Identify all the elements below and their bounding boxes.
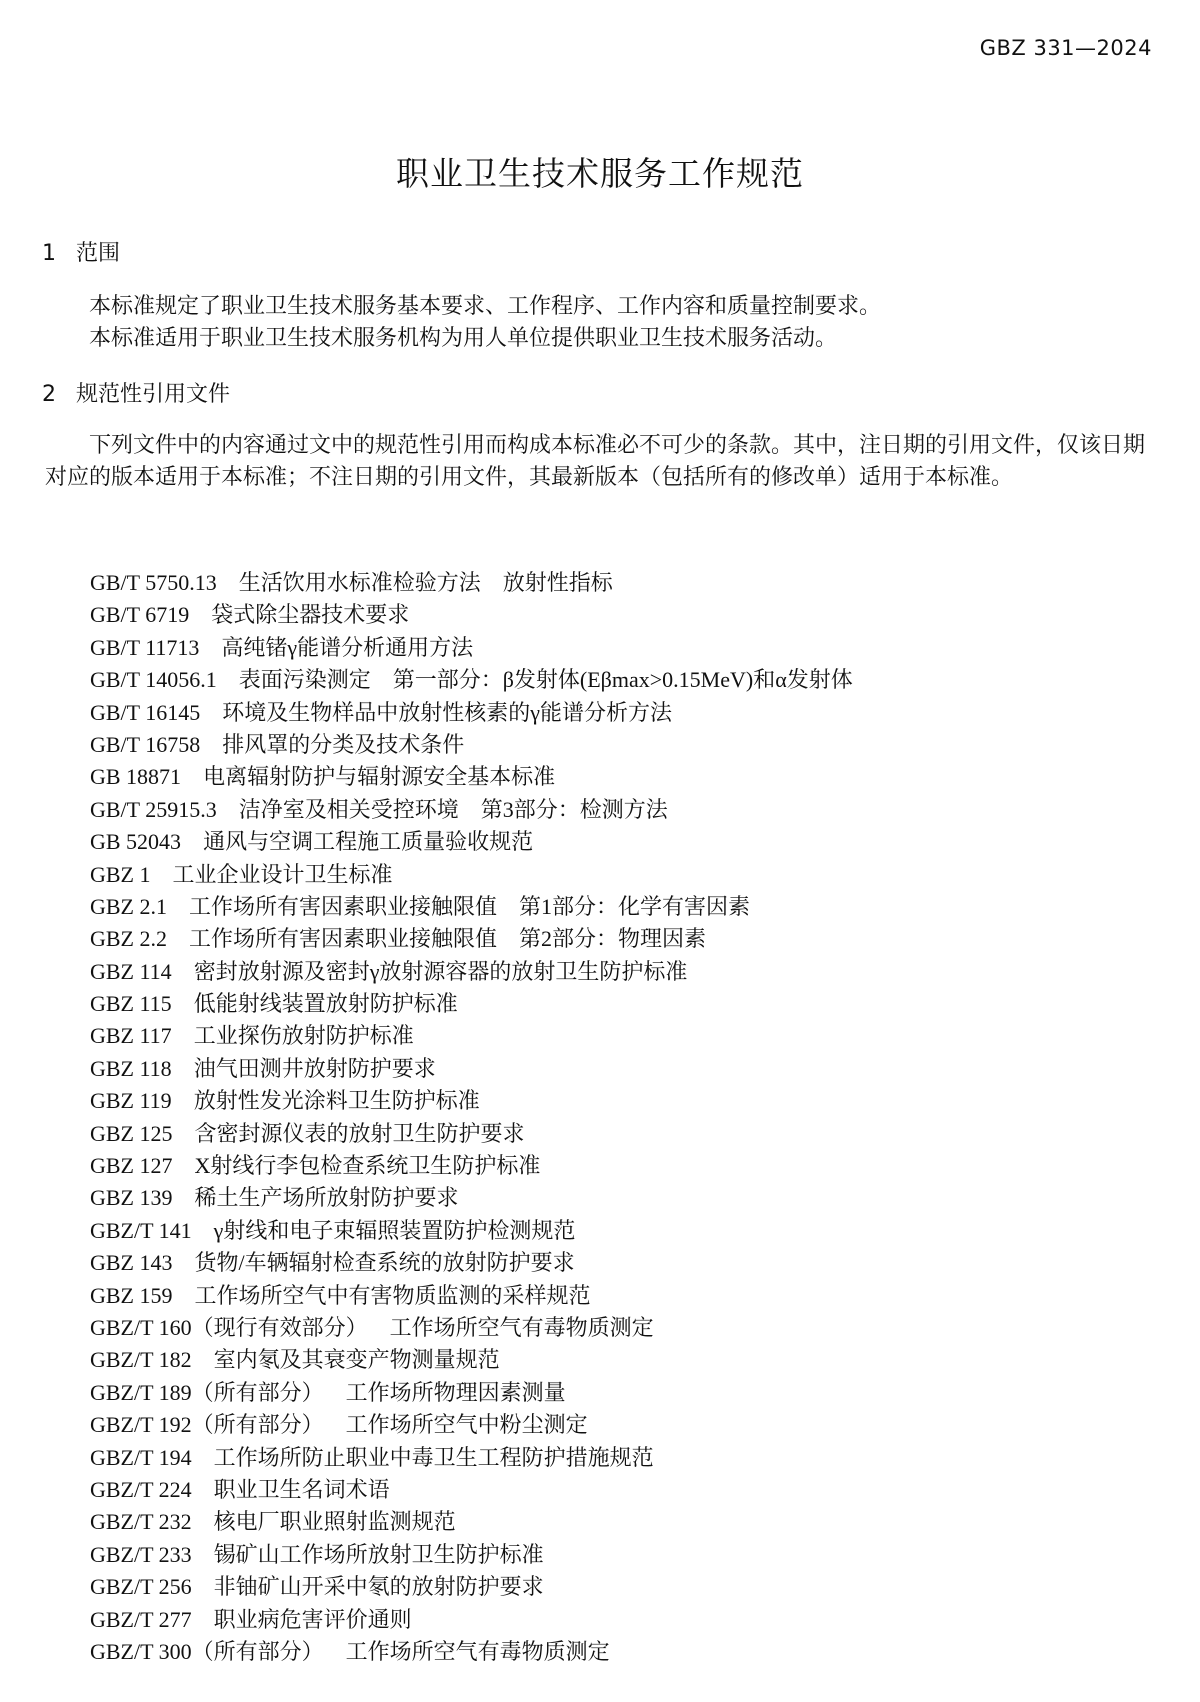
reference-item: GBZ 118油气田测井放射防护要求 (90, 1053, 853, 1085)
section-heading-scope: 1范围 (42, 236, 120, 267)
reference-code: GB/T 6719 (90, 599, 189, 631)
reference-title: 环境及生物样品中放射性核素的γ能谱分析方法 (222, 700, 672, 725)
reference-title: 工作场所空气有毒物质测定 (346, 1639, 610, 1664)
document-title: 职业卫生技术服务工作规范 (0, 148, 1200, 195)
reference-code: GBZ 2.1 (90, 891, 167, 923)
reference-item: GBZ 1工业企业设计卫生标准 (90, 859, 853, 891)
reference-title: 稀土生产场所放射防护要求 (195, 1185, 459, 1210)
reference-item: GBZ/T 233锡矿山工作场所放射卫生防护标准 (90, 1539, 853, 1571)
reference-code: GBZ 1 (90, 859, 151, 891)
document-page: GBZ 331—2024 职业卫生技术服务工作规范 1范围 本标准规定了职业卫生… (0, 0, 1200, 1702)
section-number: 2 (42, 382, 76, 407)
references-intro: 下列文件中的内容通过文中的规范性引用而构成本标准必不可少的条款。其中，注日期的引… (45, 429, 1160, 493)
standard-code: GBZ 331—2024 (980, 36, 1152, 60)
reference-code: GBZ 114 (90, 956, 172, 988)
reference-item: GBZ/T 192（所有部分）工作场所空气中粉尘测定 (90, 1409, 853, 1441)
reference-title: 通风与空调工程施工质量验收规范 (203, 829, 533, 854)
section-number: 1 (42, 241, 76, 266)
reference-item: GB 18871电离辐射防护与辐射源安全基本标准 (90, 761, 853, 793)
reference-title: 油气田测井放射防护要求 (194, 1056, 436, 1081)
reference-item: GBZ/T 189（所有部分）工作场所物理因素测量 (90, 1377, 853, 1409)
reference-item: GB/T 11713高纯锗γ能谱分析通用方法 (90, 632, 853, 664)
reference-code: GBZ/T 160（现行有效部分） (90, 1312, 368, 1344)
reference-title: 非铀矿山开采中氡的放射防护要求 (214, 1574, 544, 1599)
reference-title: 高纯锗γ能谱分析通用方法 (221, 635, 473, 660)
reference-code: GBZ/T 141 (90, 1215, 192, 1247)
reference-code: GBZ 143 (90, 1247, 173, 1279)
reference-item: GBZ/T 182室内氡及其衰变产物测量规范 (90, 1344, 853, 1376)
reference-item: GBZ 127X射线行李包检查系统卫生防护标准 (90, 1150, 853, 1182)
reference-item: GBZ/T 277职业病危害评价通则 (90, 1604, 853, 1636)
reference-title: 生活饮用水标准检验方法 放射性指标 (239, 570, 613, 595)
reference-item: GBZ 115低能射线装置放射防护标准 (90, 988, 853, 1020)
reference-item: GBZ 117工业探伤放射防护标准 (90, 1020, 853, 1052)
section-title: 范围 (76, 241, 120, 266)
reference-code: GB 52043 (90, 826, 181, 858)
reference-code: GB/T 16145 (90, 697, 200, 729)
reference-title: 职业病危害评价通则 (214, 1607, 412, 1632)
paragraph: 下列文件中的内容通过文中的规范性引用而构成本标准必不可少的条款。其中，注日期的引… (45, 429, 1160, 493)
reference-code: GBZ/T 300（所有部分） (90, 1636, 324, 1668)
reference-code: GBZ/T 277 (90, 1604, 192, 1636)
reference-title: 工业企业设计卫生标准 (173, 862, 393, 887)
reference-code: GB/T 16758 (90, 729, 200, 761)
reference-code: GBZ/T 232 (90, 1506, 192, 1538)
reference-item: GBZ/T 160（现行有效部分）工作场所空气有毒物质测定 (90, 1312, 853, 1344)
reference-item: GB/T 5750.13生活饮用水标准检验方法 放射性指标 (90, 567, 853, 599)
reference-item: GB/T 16145环境及生物样品中放射性核素的γ能谱分析方法 (90, 697, 853, 729)
reference-code: GBZ 159 (90, 1280, 173, 1312)
reference-item: GB 52043通风与空调工程施工质量验收规范 (90, 826, 853, 858)
reference-code: GBZ 127 (90, 1150, 173, 1182)
reference-title: γ射线和电子束辐照装置防护检测规范 (214, 1218, 576, 1243)
reference-title: 工作场所物理因素测量 (346, 1380, 566, 1405)
reference-item: GBZ/T 224职业卫生名词术语 (90, 1474, 853, 1506)
reference-item: GBZ 2.1工作场所有害因素职业接触限值 第1部分：化学有害因素 (90, 891, 853, 923)
reference-item: GB/T 25915.3洁净室及相关受控环境 第3部分：检测方法 (90, 794, 853, 826)
reference-title: 核电厂职业照射监测规范 (214, 1509, 456, 1534)
reference-item: GBZ 159工作场所空气中有害物质监测的采样规范 (90, 1280, 853, 1312)
reference-title: 室内氡及其衰变产物测量规范 (214, 1347, 500, 1372)
reference-code: GBZ 125 (90, 1118, 173, 1150)
reference-code: GBZ/T 192（所有部分） (90, 1409, 324, 1441)
reference-code: GBZ/T 189（所有部分） (90, 1377, 324, 1409)
reference-title: 放射性发光涂料卫生防护标准 (194, 1088, 480, 1113)
reference-code: GB/T 5750.13 (90, 567, 217, 599)
reference-title: 低能射线装置放射防护标准 (194, 991, 458, 1016)
reference-code: GBZ/T 256 (90, 1571, 192, 1603)
section-heading-normative-references: 2规范性引用文件 (42, 377, 230, 408)
reference-item: GBZ 139稀土生产场所放射防护要求 (90, 1182, 853, 1214)
reference-code: GBZ 2.2 (90, 923, 167, 955)
reference-code: GB/T 14056.1 (90, 664, 217, 696)
reference-code: GBZ 115 (90, 988, 172, 1020)
reference-item: GBZ 119放射性发光涂料卫生防护标准 (90, 1085, 853, 1117)
reference-title: X射线行李包检查系统卫生防护标准 (195, 1153, 541, 1178)
reference-title: 排风罩的分类及技术条件 (222, 732, 464, 757)
reference-item: GBZ 143货物/车辆辐射检查系统的放射防护要求 (90, 1247, 853, 1279)
reference-item: GB/T 14056.1表面污染测定 第一部分：β发射体(Eβmax>0.15M… (90, 664, 853, 696)
reference-title: 工作场所空气中有害物质监测的采样规范 (195, 1283, 591, 1308)
reference-item: GBZ/T 141γ射线和电子束辐照装置防护检测规范 (90, 1215, 853, 1247)
reference-title: 电离辐射防护与辐射源安全基本标准 (203, 764, 555, 789)
reference-title: 洁净室及相关受控环境 第3部分：检测方法 (239, 797, 668, 822)
reference-title: 密封放射源及密封γ放射源容器的放射卫生防护标准 (194, 959, 688, 984)
reference-code: GBZ 117 (90, 1020, 172, 1052)
reference-title: 含密封源仪表的放射卫生防护要求 (195, 1121, 525, 1146)
reference-code: GBZ 119 (90, 1085, 172, 1117)
paragraph: 本标准规定了职业卫生技术服务基本要求、工作程序、工作内容和质量控制要求。 (45, 290, 1160, 322)
section-title: 规范性引用文件 (76, 382, 230, 407)
reference-list: GB/T 5750.13生活饮用水标准检验方法 放射性指标 GB/T 6719袋… (90, 567, 853, 1668)
reference-title: 锡矿山工作场所放射卫生防护标准 (214, 1542, 544, 1567)
reference-title: 职业卫生名词术语 (214, 1477, 390, 1502)
reference-item: GBZ/T 194工作场所防止职业中毒卫生工程防护措施规范 (90, 1442, 853, 1474)
reference-code: GB/T 11713 (90, 632, 199, 664)
reference-code: GB/T 25915.3 (90, 794, 217, 826)
reference-code: GBZ/T 194 (90, 1442, 192, 1474)
reference-title: 工作场所空气有毒物质测定 (390, 1315, 654, 1340)
reference-code: GBZ 139 (90, 1182, 173, 1214)
reference-title: 袋式除尘器技术要求 (211, 602, 409, 627)
reference-item: GBZ/T 232核电厂职业照射监测规范 (90, 1506, 853, 1538)
paragraph: 本标准适用于职业卫生技术服务机构为用人单位提供职业卫生技术服务活动。 (45, 322, 1160, 354)
reference-item: GBZ/T 256非铀矿山开采中氡的放射防护要求 (90, 1571, 853, 1603)
reference-title: 工作场所空气中粉尘测定 (346, 1412, 588, 1437)
reference-title: 表面污染测定 第一部分：β发射体(Eβmax>0.15MeV)和α发射体 (239, 667, 853, 692)
reference-item: GB/T 6719袋式除尘器技术要求 (90, 599, 853, 631)
scope-body: 本标准规定了职业卫生技术服务基本要求、工作程序、工作内容和质量控制要求。 本标准… (45, 290, 1160, 354)
reference-title: 货物/车辆辐射检查系统的放射防护要求 (195, 1250, 575, 1275)
reference-title: 工作场所有害因素职业接触限值 第1部分：化学有害因素 (189, 894, 750, 919)
reference-item: GBZ/T 300（所有部分）工作场所空气有毒物质测定 (90, 1636, 853, 1668)
reference-item: GBZ 125含密封源仪表的放射卫生防护要求 (90, 1118, 853, 1150)
reference-title: 工作场所有害因素职业接触限值 第2部分：物理因素 (189, 926, 706, 951)
reference-code: GBZ/T 233 (90, 1539, 192, 1571)
reference-item: GBZ 114密封放射源及密封γ放射源容器的放射卫生防护标准 (90, 956, 853, 988)
reference-item: GB/T 16758排风罩的分类及技术条件 (90, 729, 853, 761)
reference-code: GBZ 118 (90, 1053, 172, 1085)
reference-title: 工业探伤放射防护标准 (194, 1023, 414, 1048)
reference-title: 工作场所防止职业中毒卫生工程防护措施规范 (214, 1445, 654, 1470)
reference-code: GBZ/T 182 (90, 1344, 192, 1376)
reference-code: GBZ/T 224 (90, 1474, 192, 1506)
reference-code: GB 18871 (90, 761, 181, 793)
reference-item: GBZ 2.2工作场所有害因素职业接触限值 第2部分：物理因素 (90, 923, 853, 955)
